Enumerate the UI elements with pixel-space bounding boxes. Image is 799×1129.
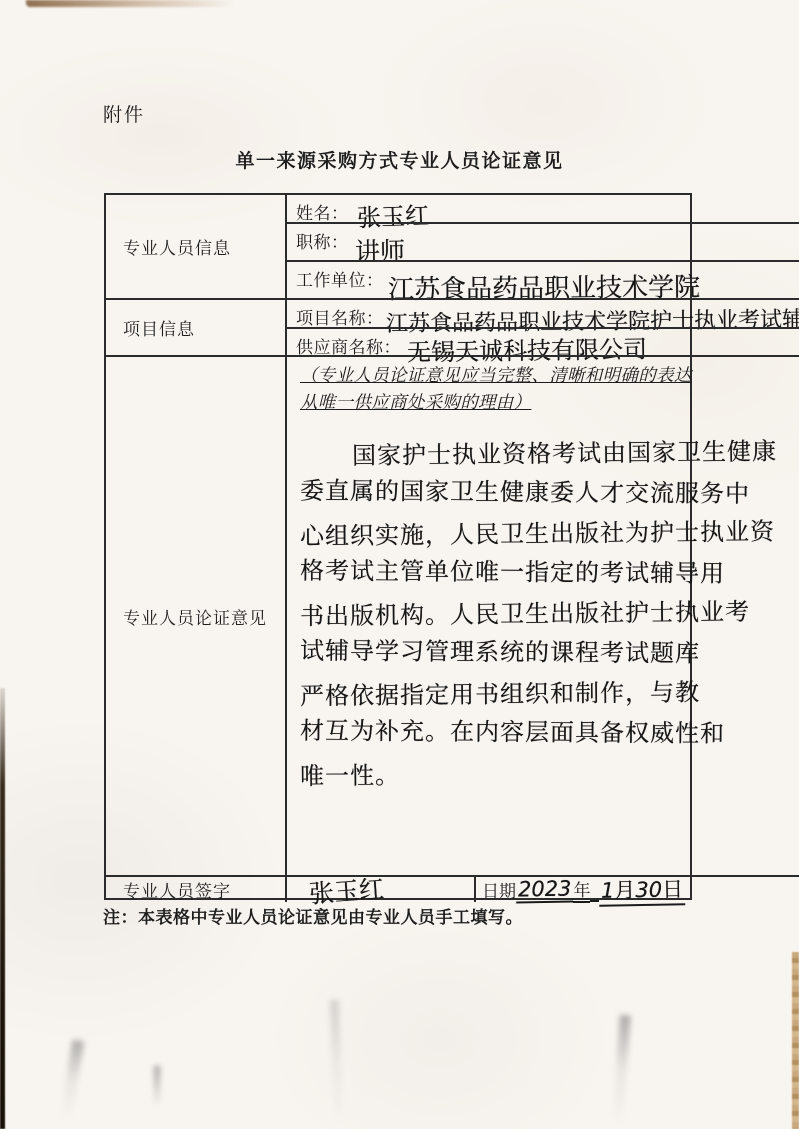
paper-crease (330, 1000, 343, 1125)
paper-crease (60, 1040, 84, 1121)
opinion-line: 唯一性。 (300, 750, 799, 797)
project-name-label: 项目名称： (296, 302, 384, 329)
date-monthday-handwritten: 1月30日 (599, 873, 686, 906)
opinion-line: 心组织实施，人民卫生出版社为护士执业资 (300, 510, 799, 557)
name-label: 姓名： (296, 197, 349, 224)
opinion-line: 严格依据指定用书组织和制作，与教 (300, 670, 799, 717)
opinion-instruction: （专业人员论证意见应当完整、清晰和明确的表达从唯一供应商处采购的理由） (300, 362, 692, 416)
opinion-line: 书出版机构。人民卫生出版社护士执业考 (300, 590, 799, 637)
date-year-suffix: 年 (573, 876, 590, 903)
section-label-opinion: 专业人员论证意见 (106, 355, 285, 875)
supplier-name-label: 供应商名称： (296, 331, 401, 358)
date-area: 日期 2023 年 1月30日 (474, 877, 799, 902)
signature-label: 专业人员签字 (106, 875, 285, 902)
employer-label: 工作单位： (296, 264, 384, 291)
scan-smudge-top-left (26, 0, 236, 7)
paper-crease (612, 1015, 631, 1125)
opinion-line: 委直属的国家卫生健康委人才交流服务中 (300, 471, 799, 516)
opinion-line: 材互为补充。在内容层面具备权威性和 (300, 711, 799, 756)
attachment-label: 附件 (103, 100, 145, 127)
field-job-title: 职称： 讲师 (285, 222, 799, 260)
opinion-cell: （专业人员论证意见应当完整、清晰和明确的表达从唯一供应商处采购的理由） 国家护士… (285, 355, 799, 875)
section-label-professional-info: 专业人员信息 (106, 195, 285, 298)
form-table: 专业人员信息 姓名： 张玉红 职称： 讲师 工作单位： 江苏食品药品职业技术学院… (104, 193, 692, 900)
opinion-line: 试辅导学习管理系统的课程考试题库 (300, 631, 799, 676)
date-year-handwritten: 2023 (516, 876, 574, 903)
scan-edge-left-shadow (0, 688, 5, 1129)
field-supplier-name: 供应商名称： 无锡天诚科技有限公司 (285, 327, 799, 355)
section-label-project-info: 项目信息 (106, 298, 285, 355)
date-label: 日期 (482, 877, 516, 902)
opinion-line: 格考试主管单位唯一指定的考试辅导用 (300, 551, 799, 596)
footnote: 注：本表格中专业人员论证意见由专业人员手工填写。 (103, 903, 523, 928)
document-title: 单一来源采购方式专业人员论证意见 (0, 146, 799, 173)
field-project-name: 项目名称： 江苏食品药品职业技术学院护士执业考试辅导学习管理系统 (285, 298, 799, 327)
paper-crease (154, 1066, 160, 1106)
field-name: 姓名： 张玉红 (285, 195, 799, 222)
scan-edge-right-tan (792, 952, 799, 1129)
opinion-handwritten-text: 国家护士执业资格考试由国家卫生健康 委直属的国家卫生健康委人才交流服务中 心组织… (300, 433, 799, 793)
opinion-line: 国家护士执业资格考试由国家卫生健康 (300, 430, 799, 477)
field-employer: 工作单位： 江苏食品药品职业技术学院 (285, 260, 799, 298)
job-title-label: 职称： (296, 226, 349, 253)
signature-row-content: 张玉红 日期 2023 年 1月30日 (285, 875, 799, 902)
signature-area: 张玉红 (287, 877, 474, 902)
